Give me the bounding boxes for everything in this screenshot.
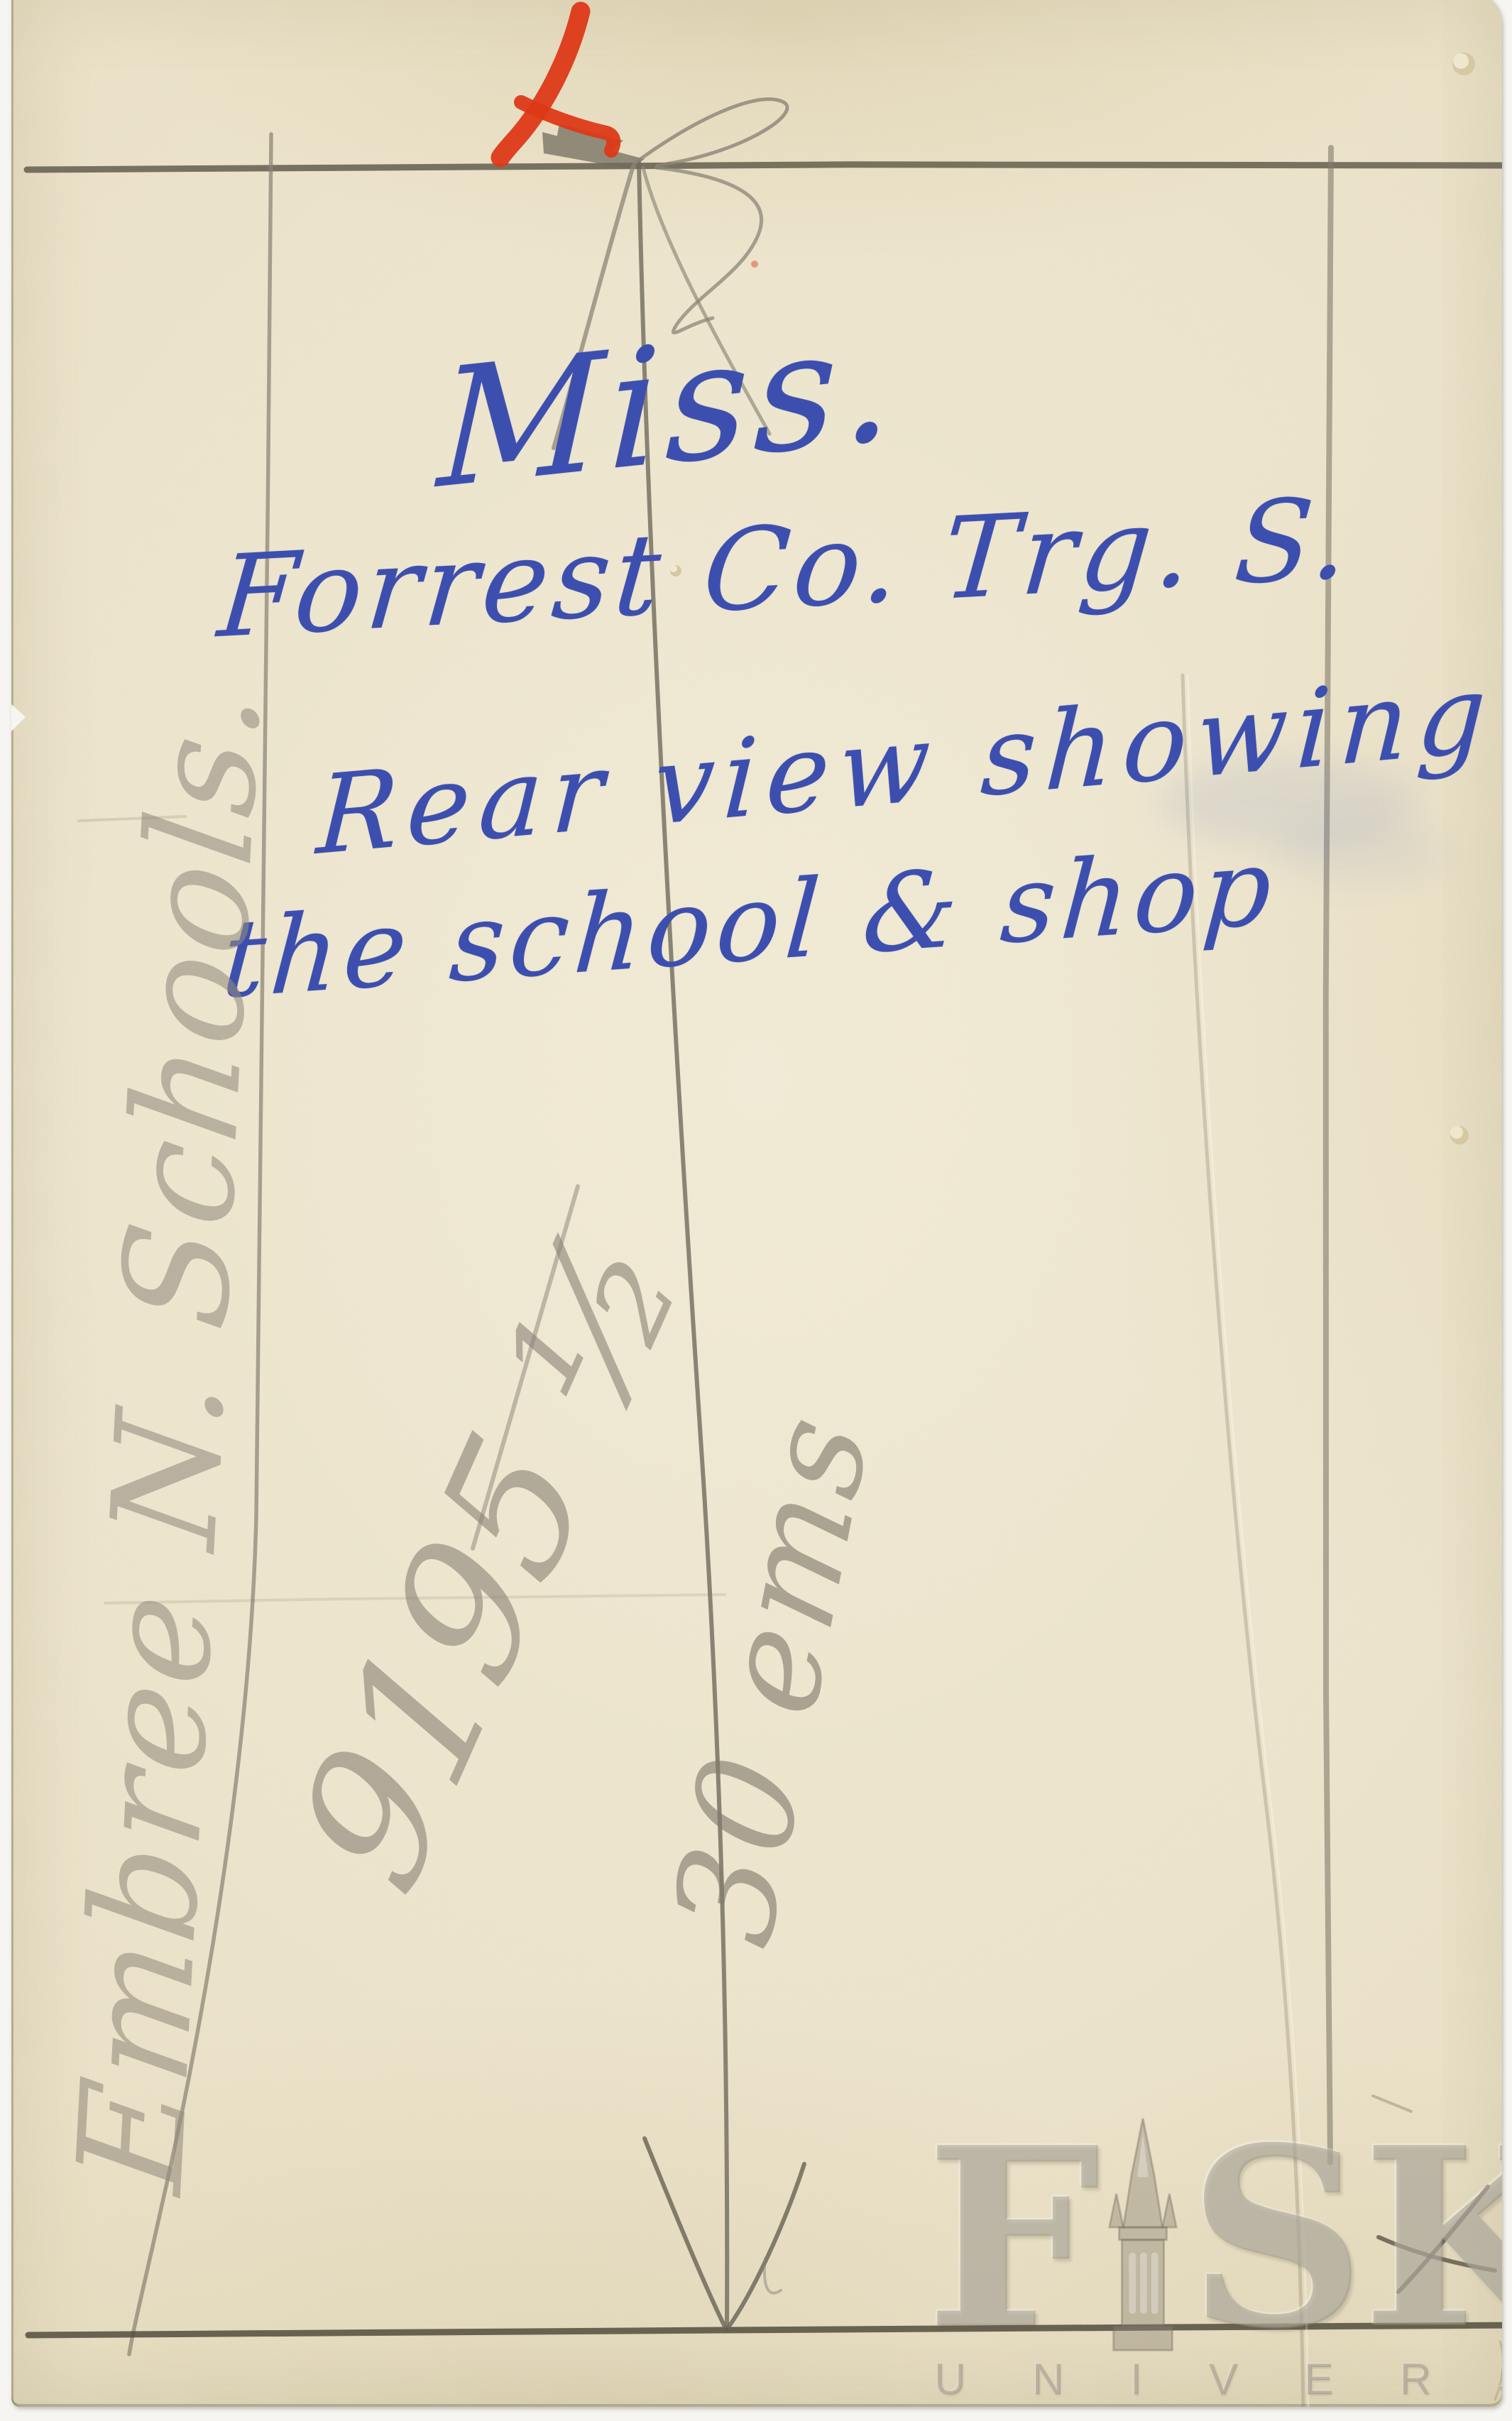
fisk-letters-sk: SK: [1188, 2126, 1502, 2353]
pencil-up-arrow-icon: [542, 124, 645, 169]
ink-smudge-2: [1275, 821, 1445, 885]
red-crayon-check-icon: [500, 11, 581, 158]
caption-view-line-1: Rear view showing: [314, 650, 1497, 880]
caption-state: Miss.: [435, 286, 903, 525]
caption-school-name: Forrest Co. Trg. S.: [214, 473, 1359, 664]
gothic-steeple-icon: [1101, 2114, 1185, 2354]
red-crayon-stroke-2: [521, 102, 613, 151]
fisk-letter-f: F: [926, 2126, 1097, 2353]
red-speck: [751, 261, 758, 268]
pencil-filing-note: Embree N. Schools.: [47, 672, 293, 2202]
scanned-photo-verso: { "document": { "description_label": "ha…: [0, 0, 1512, 2421]
fisk-university-label: U N I V E R S I T Y: [934, 2354, 1502, 2405]
pencil-down-arrow-icon: [645, 2138, 725, 2327]
index-card: Miss. Forrest Co. Trg. S. Rear view show…: [11, 0, 1502, 2407]
right-border-line: [1325, 148, 1331, 2163]
pencil-measure-note: 30 ems: [643, 1396, 902, 1961]
down-arrow-curl: [765, 2258, 781, 2293]
fisk-watermark: F SK: [926, 2114, 1502, 2353]
down-arrow-right-wing: [728, 2164, 804, 2327]
pencil-negative-number: 9195 ½: [261, 1192, 721, 1923]
arrow-loop-scribble: [635, 99, 787, 165]
top-border-line: [27, 164, 1502, 170]
